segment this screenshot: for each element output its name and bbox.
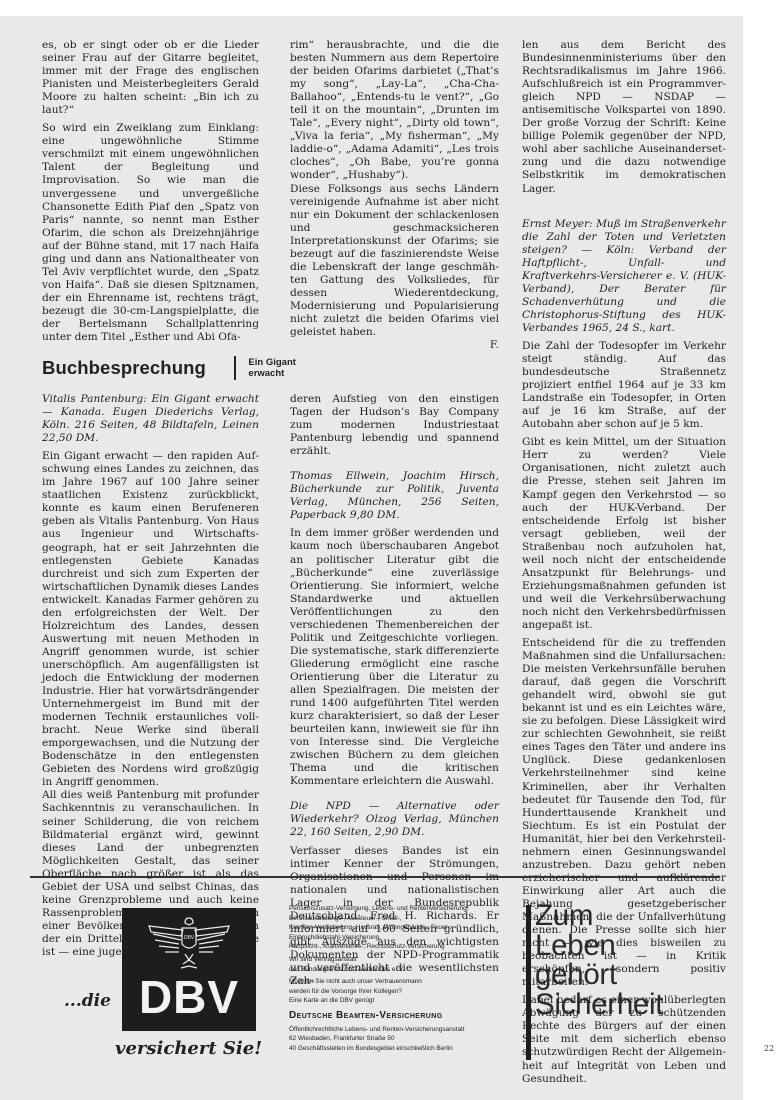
paragraph: So wird ein Zweiklang zum Einklang: eine… xyxy=(42,122,259,344)
signature-line: F. xyxy=(290,339,499,352)
services-list: Pensionszusatz-Versorgung, Lebens- und R… xyxy=(289,904,529,952)
service-line: Kranken-Versicherung, Hausrat-, Wohngebä… xyxy=(289,923,529,933)
paragraph: In dem immer größer werdenden und kaum n… xyxy=(290,527,499,788)
contract-line: Wir sind Vertragsanstalt xyxy=(289,955,529,965)
headline-line: gehört xyxy=(535,960,663,990)
section-heading: Buchbesprechung Ein Gigant erwacht xyxy=(42,356,302,380)
invite-line: Eine Karte an die DBV genügt xyxy=(289,996,529,1006)
address-line: 62 Wiesbaden, Frankfurter Straße 50 xyxy=(289,1034,529,1044)
invite-line: werden für die Vorsorge Ihrer Kollegen? xyxy=(289,987,529,997)
section-title: Buchbesprechung xyxy=(42,357,206,379)
article-column-1: es, ob er singt oder ob er die Lieder se… xyxy=(42,39,259,344)
dbv-logo-text: DBV xyxy=(139,974,239,1020)
paragraph: len aus dem Bericht des Bundesinnenminis… xyxy=(522,39,726,196)
paragraph: deren Aufstieg von den einstigen Tagen d… xyxy=(290,393,499,458)
contract-note: Wir sind Vertragsanstalt des Bundesgrenz… xyxy=(289,955,529,974)
paragraph: Ein Gigant erwacht — den rapiden Auf­sch… xyxy=(42,450,259,789)
headline-line: Leben xyxy=(535,931,663,961)
invite-note: Möchten Sie nicht auch unser Vertrauensm… xyxy=(289,977,529,1006)
review-column-1: Vitalis Pantenburg: Ein Gigant erwacht —… xyxy=(42,393,259,959)
paragraph: Gibt es kein Mittel, um der Situation He… xyxy=(522,436,726,632)
address-line: 40 Geschäftsstellen im Bundesgebiet eins… xyxy=(289,1044,529,1054)
company-name: Deutsche Beamten-Versicherung xyxy=(289,1011,529,1021)
review-citation: Thomas Ellwein, Joachim Hirsch, Bücher­k… xyxy=(290,470,499,522)
service-line: Pensionszusatz-Versorgung, Lebens- und R… xyxy=(289,904,529,914)
eagle-emblem-icon: DBV xyxy=(147,914,231,972)
review-citation: Vitalis Pantenburg: Ein Gigant erwacht —… xyxy=(42,393,259,445)
address-line: Öffentlichrechtliche Lebens- und Renten-… xyxy=(289,1025,529,1035)
review-citation: Ernst Meyer: Muß im Straßenverkehr die Z… xyxy=(522,218,726,335)
ad-description: Pensionszusatz-Versorgung, Lebens- und R… xyxy=(289,904,529,1053)
review-citation: Die NPD — Alternative oder Wiederkehr? O… xyxy=(290,800,499,839)
article-column-2: rim“ herausbrachte, und die die besten N… xyxy=(290,39,499,352)
headline-line: Zum xyxy=(535,901,663,931)
contract-line: des Bundesgrenzschutz-Verbandes e. V. xyxy=(289,965,529,975)
magazine-page: es, ob er singt oder ob er die Lieder se… xyxy=(0,16,743,1100)
ad-slogan: versichert Sie! xyxy=(115,1038,262,1059)
review-column-2: deren Aufstieg von den einstigen Tagen d… xyxy=(290,393,499,988)
horizontal-rule xyxy=(30,876,720,878)
service-line: Berufsausbildungs-, Aussteuer-, Unfall-, xyxy=(289,914,529,924)
company-address: Öffentlichrechtliche Lebens- und Renten-… xyxy=(289,1025,529,1054)
ad-prefix: ...die xyxy=(64,991,111,1011)
section-subtitle: Ein Gigant erwacht xyxy=(248,357,302,379)
service-line: Haftpflicht-, Kraftverkehrs-, Rechtsschu… xyxy=(289,942,529,952)
paragraph: Diese Folksongs aus sechs Ländern ver­ei… xyxy=(290,183,499,340)
service-line: Einbruchdiebstahl-Versicherung, xyxy=(289,933,529,943)
page-number: 22 xyxy=(764,1044,774,1053)
paragraph: Die Zahl der Todesopfer im Verkehr steig… xyxy=(522,340,726,431)
paragraph: es, ob er singt oder ob er die Lieder se… xyxy=(42,39,259,117)
paragraph: rim“ herausbrachte, und die die besten N… xyxy=(290,39,499,183)
ad-divider-bar xyxy=(526,905,531,1060)
heading-divider-bar xyxy=(234,356,236,380)
author-signature: F. xyxy=(490,339,499,352)
shield-text: DBV xyxy=(184,935,195,941)
invite-line: Möchten Sie nicht auch unser Vertrauensm… xyxy=(289,977,529,987)
ad-headline: Zum Leben gehört Sicherheit xyxy=(535,901,663,1019)
headline-line: Sicherheit xyxy=(535,990,663,1020)
dbv-logo: DBV DBV xyxy=(122,908,256,1031)
